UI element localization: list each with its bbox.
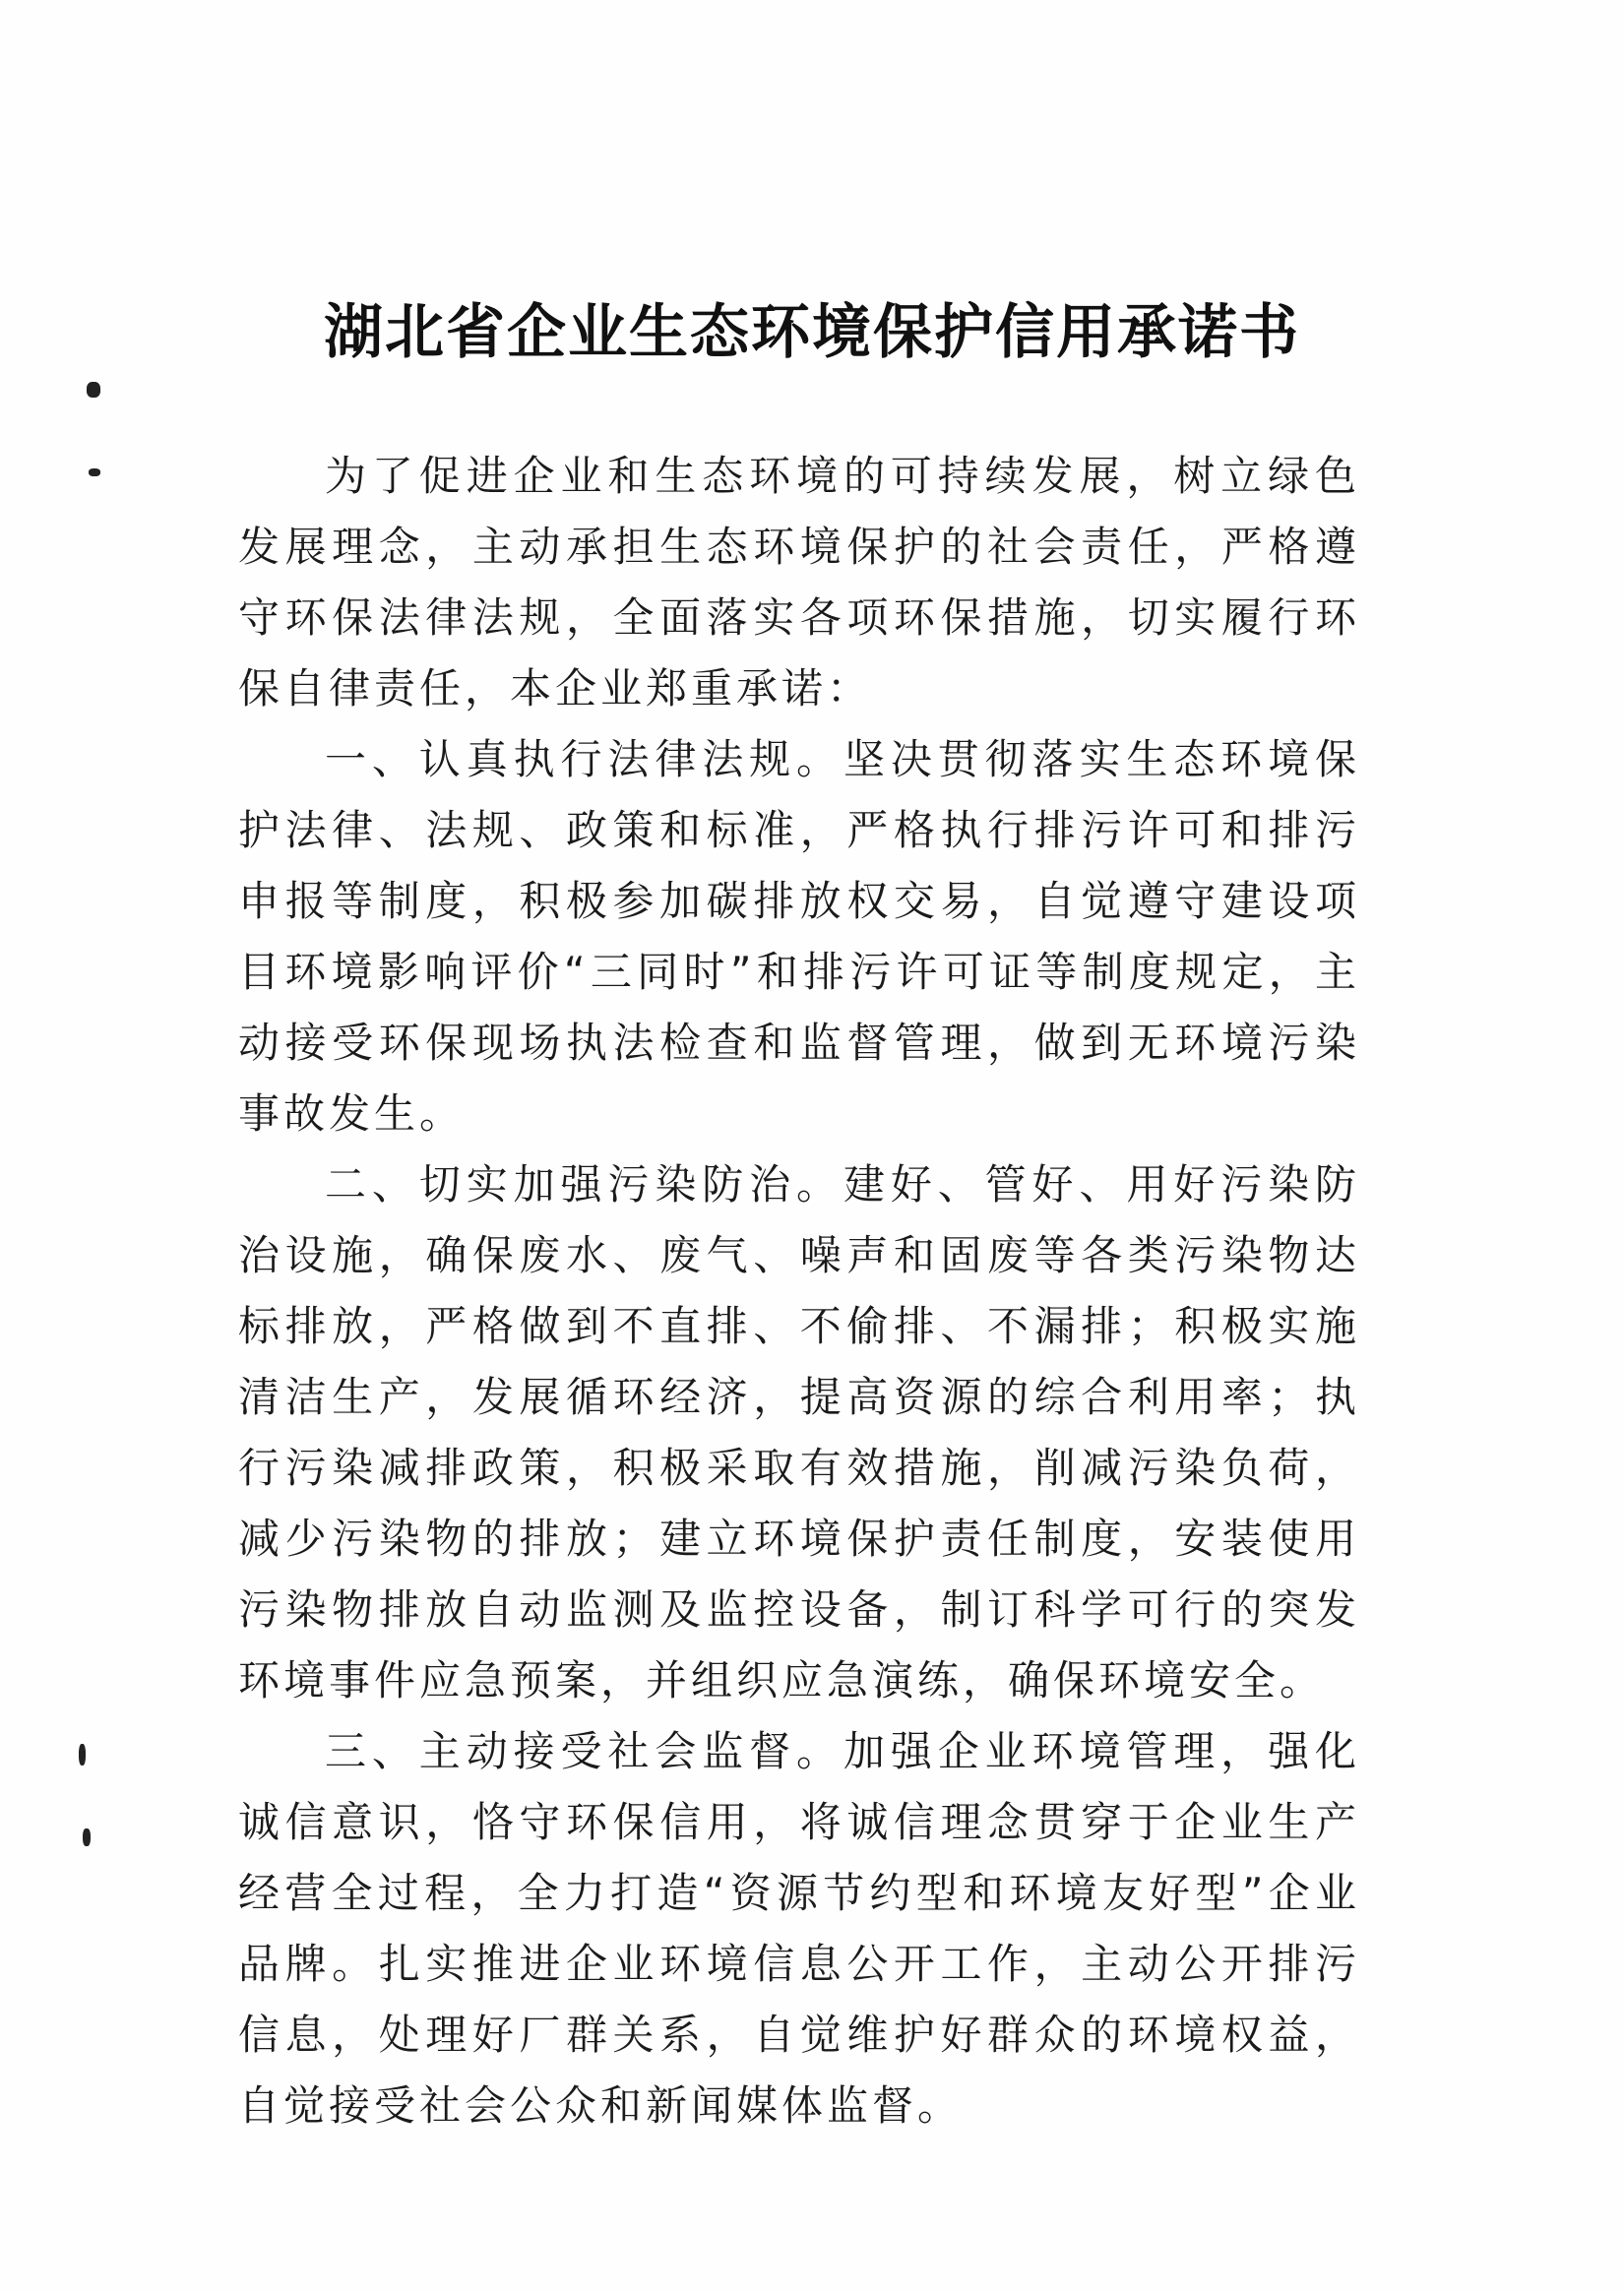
binding-hole-mark <box>83 1828 91 1846</box>
commitment-1-paragraph: 一、认真执行法律法规。坚决贯彻落实生态环境保护法律、法规、政策和标准，严格执行排… <box>238 724 1360 1149</box>
document-body: 为了促进企业和生态环境的可持续发展，树立绿色发展理念，主动承担生态环境保护的社会… <box>238 441 1360 2141</box>
binding-hole-mark <box>89 468 100 476</box>
commitment-3-paragraph: 三、主动接受社会监督。加强企业环境管理，强化诚信意识，恪守环保信用，将诚信理念贯… <box>238 1716 1360 2141</box>
scanned-page: 湖北省企业生态环境保护信用承诺书 为了促进企业和生态环境的可持续发展，树立绿色发… <box>0 0 1624 2293</box>
intro-paragraph: 为了促进企业和生态环境的可持续发展，树立绿色发展理念，主动承担生态环境保护的社会… <box>238 441 1360 724</box>
document-title: 湖北省企业生态环境保护信用承诺书 <box>0 285 1624 370</box>
commitment-2-paragraph: 二、切实加强污染防治。建好、管好、用好污染防治设施，确保废水、废气、噪声和固废等… <box>238 1149 1360 1716</box>
binding-hole-mark <box>87 382 100 398</box>
binding-hole-mark <box>79 1744 86 1766</box>
